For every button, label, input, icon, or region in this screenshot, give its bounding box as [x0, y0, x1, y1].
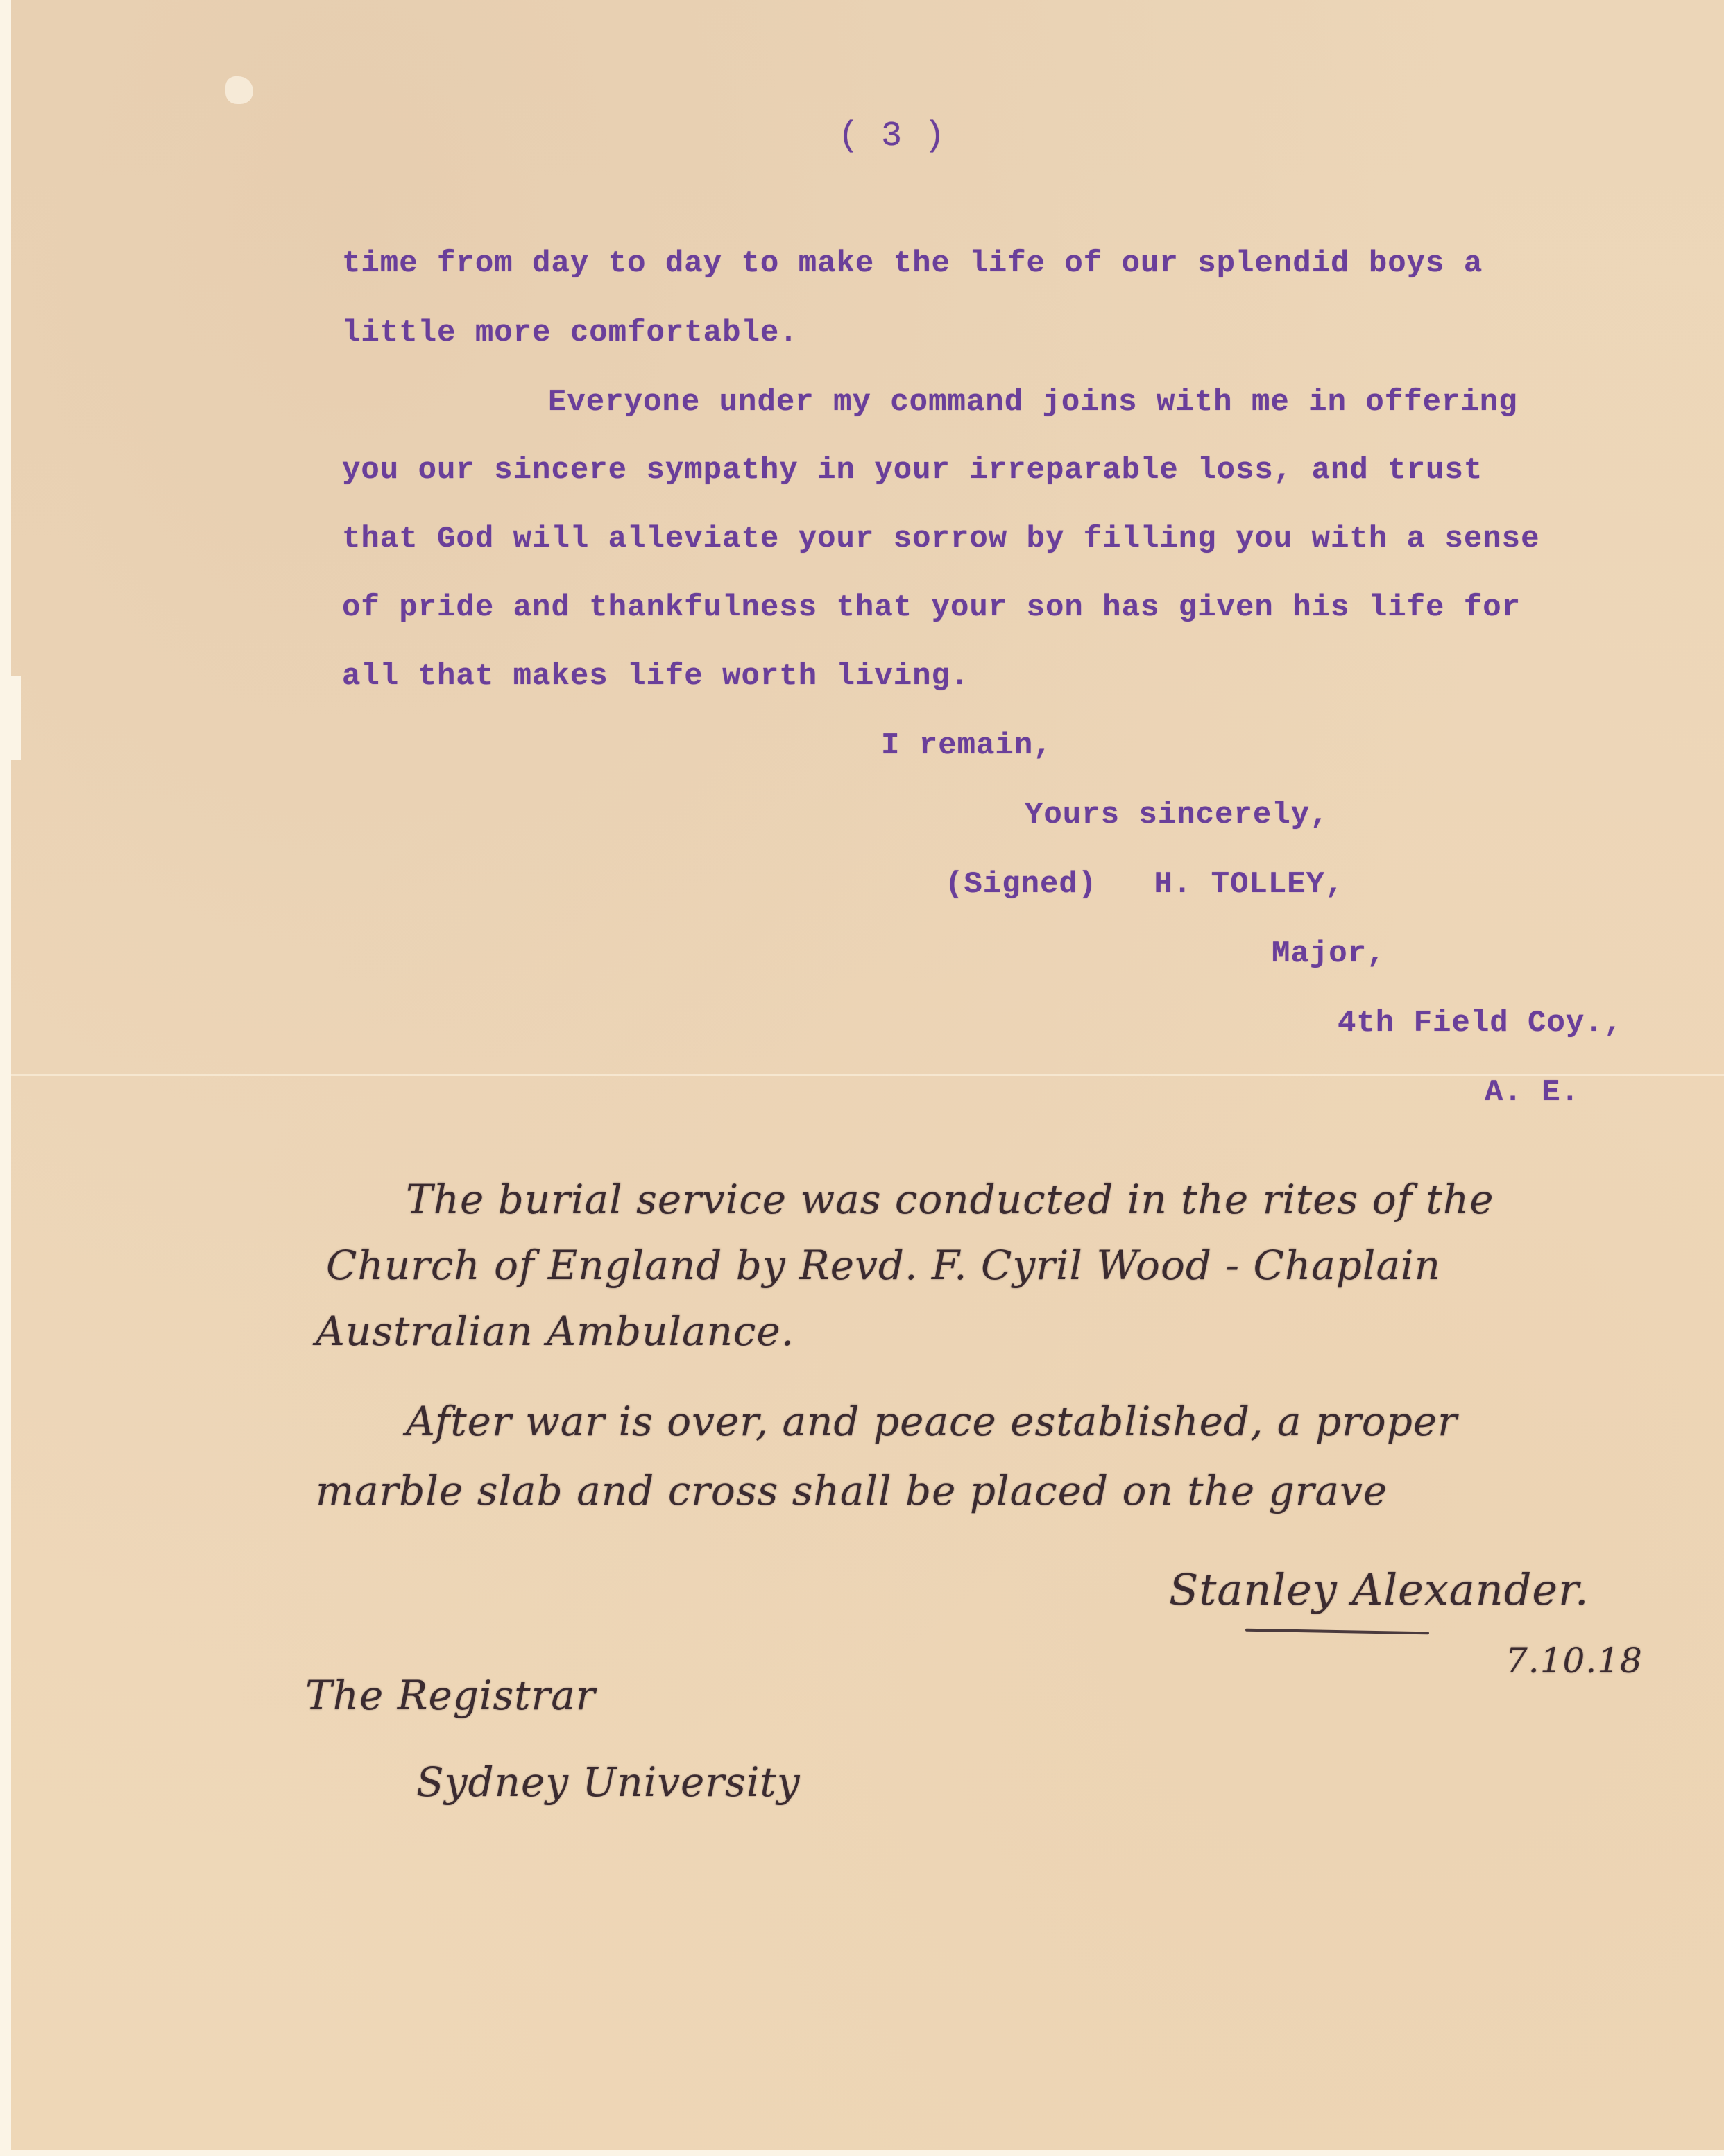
typed-line: little more comfortable.: [342, 316, 799, 350]
handwritten-line: marble slab and cross shall be placed on…: [316, 1467, 1388, 1514]
handwritten-line: The burial service was conducted in the …: [406, 1176, 1494, 1223]
paper-damage-mark: [225, 76, 253, 104]
typed-line: of pride and thankfulness that your son …: [342, 590, 1521, 625]
closing-signed-name: (Signed) H. TOLLEY,: [945, 867, 1345, 902]
addressee-line: The Registrar: [305, 1672, 596, 1719]
handwritten-line: Australian Ambulance.: [316, 1308, 794, 1355]
closing-unit: 4th Field Coy.,: [1338, 1006, 1623, 1041]
closing-yours-sincerely: Yours sincerely,: [1025, 798, 1329, 832]
paper-edge-notch: [0, 676, 21, 760]
addressee-line: Sydney University: [416, 1759, 801, 1806]
typed-line: that God will alleviate your sorrow by f…: [342, 522, 1539, 556]
handwritten-line: Church of England by Revd. F. Cyril Wood…: [326, 1242, 1441, 1289]
handwritten-date: 7.10.18: [1505, 1641, 1643, 1681]
closing-rank: Major,: [1272, 936, 1385, 971]
typed-line: you our sincere sympathy in your irrepar…: [342, 453, 1483, 488]
closing-remain: I remain,: [881, 728, 1052, 763]
paper-fold-line: [11, 1074, 1724, 1076]
page-number: ( 3 ): [838, 117, 946, 156]
handwritten-line: After war is over, and peace established…: [406, 1398, 1458, 1445]
closing-corps: A. E.: [1485, 1075, 1580, 1110]
handwritten-signature: Stanley Alexander.: [1169, 1564, 1589, 1615]
typed-line: time from day to day to make the life of…: [342, 246, 1483, 281]
typed-line: Everyone under my command joins with me …: [548, 385, 1518, 420]
typed-line: all that makes life worth living.: [342, 659, 969, 694]
